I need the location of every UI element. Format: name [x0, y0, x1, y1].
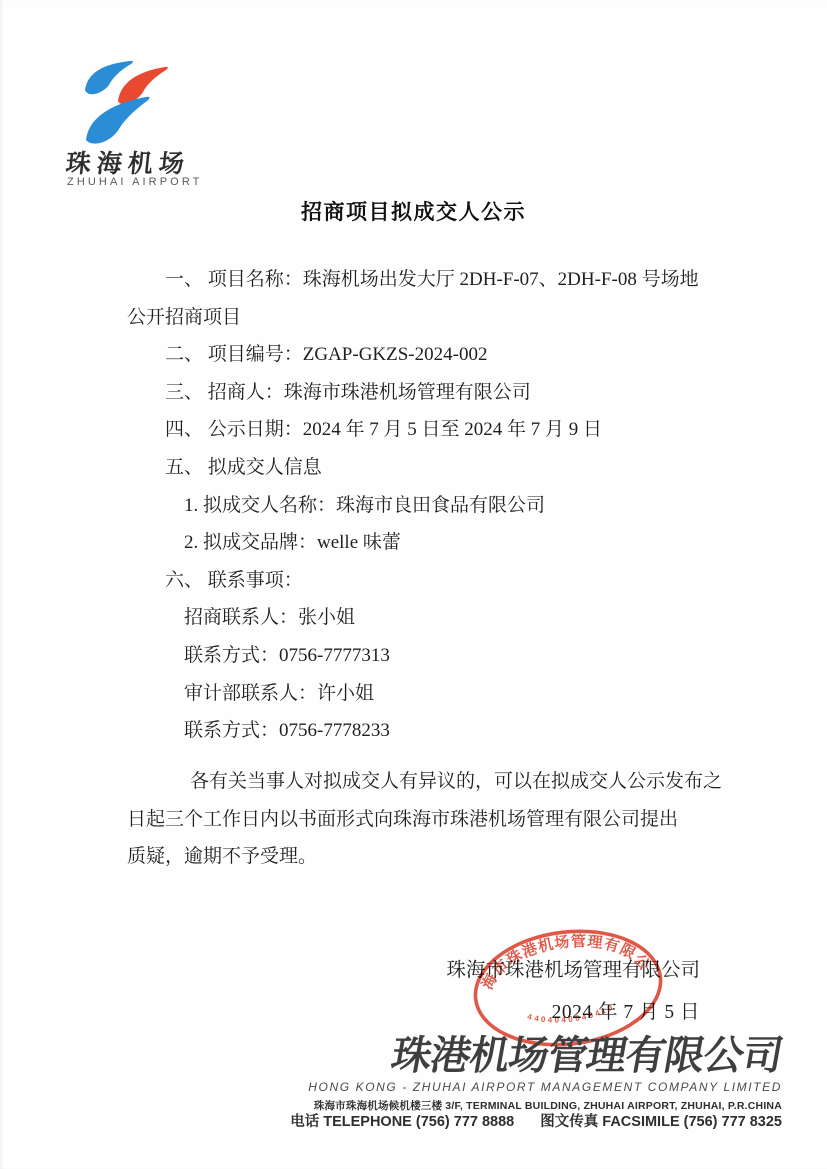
footer-facsimile: 图文传真 FACSIMILE (756) 777 8325	[540, 1114, 782, 1130]
signature-company: 珠海市珠港机场管理有限公司	[446, 950, 700, 992]
footer-contact-line: 电话 TELEPHONE (756) 777 8888图文传真 FACSIMIL…	[290, 1113, 782, 1131]
body-line-publicity-date: 四、 公示日期：2024 年 7 月 5 日至 2024 年 7 月 9 日	[127, 411, 712, 449]
notice-line-1: 各有关当事人对拟成交人有异议的，可以在拟成交人公示发布之	[127, 763, 712, 801]
notice-line-3: 质疑，逾期不予受理。	[127, 838, 712, 876]
signature-block: 珠海市珠港机场管理有限公司 2024 年 7 月 5 日	[446, 950, 700, 1034]
page-title: 招商项目拟成交人公示	[0, 196, 827, 226]
footer-company-en: HONG KONG - ZHUHAI AIRPORT MANAGEMENT CO…	[290, 1079, 782, 1096]
footer-telephone: 电话 TELEPHONE (756) 777 8888	[290, 1114, 514, 1130]
body-line-project-number: 二、 项目编号：ZGAP-GKZS-2024-002	[127, 336, 712, 374]
body-line-inviter: 三、 招商人：珠海市珠港机场管理有限公司	[127, 374, 712, 412]
document-body: 一、 项目名称：珠海机场出发大厅 2DH-F-07、2DH-F-08 号场地 公…	[127, 261, 712, 750]
footer-logotype: 珠港机场管理有限公司	[286, 1034, 786, 1078]
body-line-winner-info: 五、 拟成交人信息	[127, 449, 712, 487]
document-page: 珠海机场 ZHUHAI AIRPORT 招商项目拟成交人公示 一、 项目名称：珠…	[0, 0, 827, 1169]
body-line-project-name-2: 公开招商项目	[127, 299, 712, 337]
objection-notice: 各有关当事人对拟成交人有异议的，可以在拟成交人公示发布之 日起三个工作日内以书面…	[127, 763, 712, 876]
footer-address: 珠海市珠海机场候机楼三楼 3/F, TERMINAL BUILDING, ZHU…	[290, 1100, 782, 1113]
body-line-contact-phone: 联系方式：0756-7777313	[127, 637, 712, 675]
signature-date: 2024 年 7 月 5 日	[446, 992, 700, 1034]
body-line-contact-title: 六、 联系事项：	[127, 562, 712, 600]
body-line-audit-contact: 审计部联系人：许小姐	[127, 675, 712, 713]
body-line-project-name: 一、 项目名称：珠海机场出发大厅 2DH-F-07、2DH-F-08 号场地	[127, 261, 712, 299]
airport-logo-name-en: ZHUHAI AIRPORT	[67, 176, 203, 188]
letterhead-footer: 珠港机场管理有限公司 HONG KONG - ZHUHAI AIRPORT MA…	[290, 1034, 782, 1131]
body-line-winner-brand: 2. 拟成交品牌：welle 味蕾	[127, 524, 712, 562]
airport-logo-swoosh-icon	[84, 60, 172, 152]
airport-logo: 珠海机场 ZHUHAI AIRPORT	[64, 56, 224, 196]
body-line-contact-person: 招商联系人：张小姐	[127, 599, 712, 637]
airport-logo-name-cn: 珠海机场	[64, 144, 192, 180]
notice-line-2: 日起三个工作日内以书面形式向珠海市珠港机场管理有限公司提出	[127, 801, 712, 839]
body-line-winner-name: 1. 拟成交人名称：珠海市良田食品有限公司	[127, 487, 712, 525]
body-line-audit-phone: 联系方式：0756-7778233	[127, 712, 712, 750]
